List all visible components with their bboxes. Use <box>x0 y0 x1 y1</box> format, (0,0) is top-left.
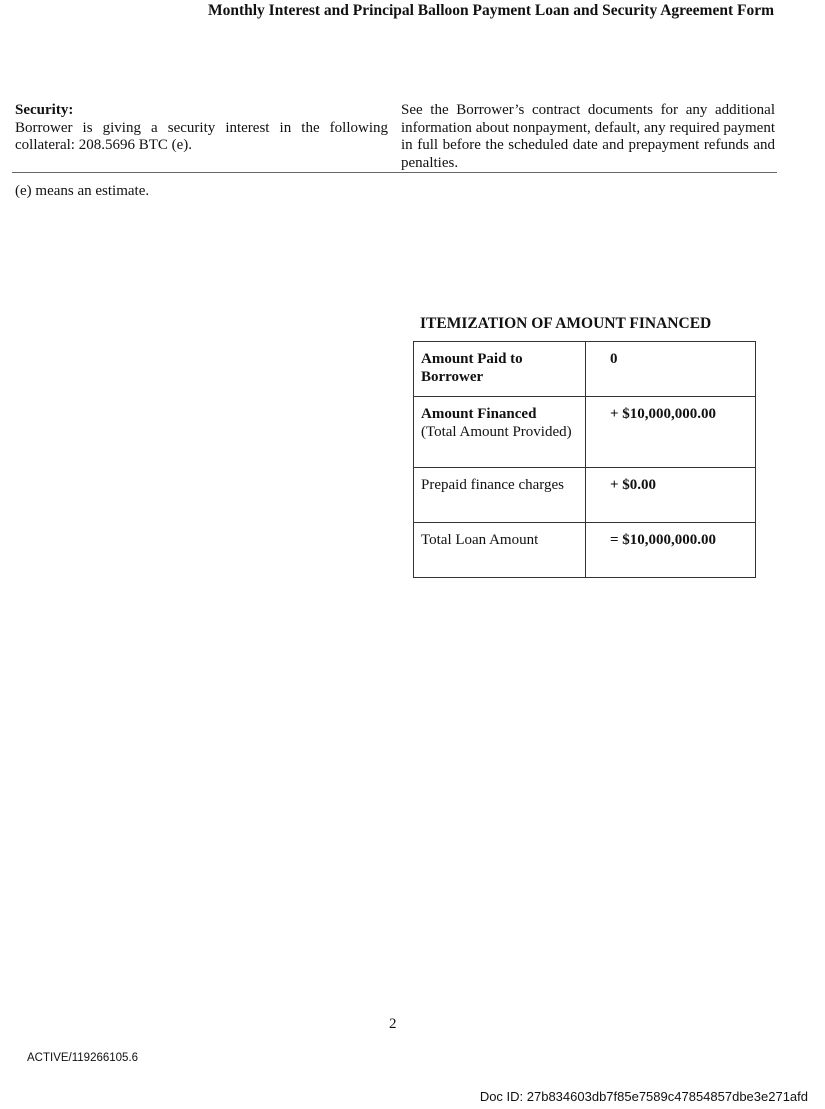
section-divider <box>12 172 777 173</box>
row-value: + $10,000,000.00 <box>586 397 756 468</box>
additional-info-text: See the Borrower’s contract documents fo… <box>401 102 775 172</box>
table-row: Total Loan Amount = $10,000,000.00 <box>414 523 756 578</box>
security-text: Borrower is giving a security interest i… <box>15 120 388 154</box>
row-value: + $0.00 <box>586 468 756 523</box>
row-label: Total Loan Amount <box>414 523 586 578</box>
itemization-table: Amount Paid to Borrower 0 Amount Finance… <box>413 341 756 578</box>
itemization-title: ITEMIZATION OF AMOUNT FINANCED <box>420 315 711 333</box>
row-label: Prepaid finance charges <box>414 468 586 523</box>
row-value: 0 <box>586 342 756 397</box>
security-label: Security: <box>15 102 388 120</box>
table-row: Amount Paid to Borrower 0 <box>414 342 756 397</box>
row-label: Amount Paid to Borrower <box>414 342 586 397</box>
table-row: Amount Financed (Total Amount Provided) … <box>414 397 756 468</box>
estimate-note: (e) means an estimate. <box>15 183 149 200</box>
security-section: Security: Borrower is giving a security … <box>15 102 388 155</box>
document-title: Monthly Interest and Principal Balloon P… <box>208 2 774 20</box>
active-document-id: ACTIVE/119266105.6 <box>27 1052 138 1064</box>
table-row: Prepaid finance charges + $0.00 <box>414 468 756 523</box>
page-number: 2 <box>389 1016 397 1033</box>
row-label: Amount Financed (Total Amount Provided) <box>414 397 586 468</box>
doc-id: Doc ID: 27b834603db7f85e7589c47854857dbe… <box>480 1089 808 1104</box>
row-sublabel: (Total Amount Provided) <box>421 424 572 440</box>
row-value: = $10,000,000.00 <box>586 523 756 578</box>
